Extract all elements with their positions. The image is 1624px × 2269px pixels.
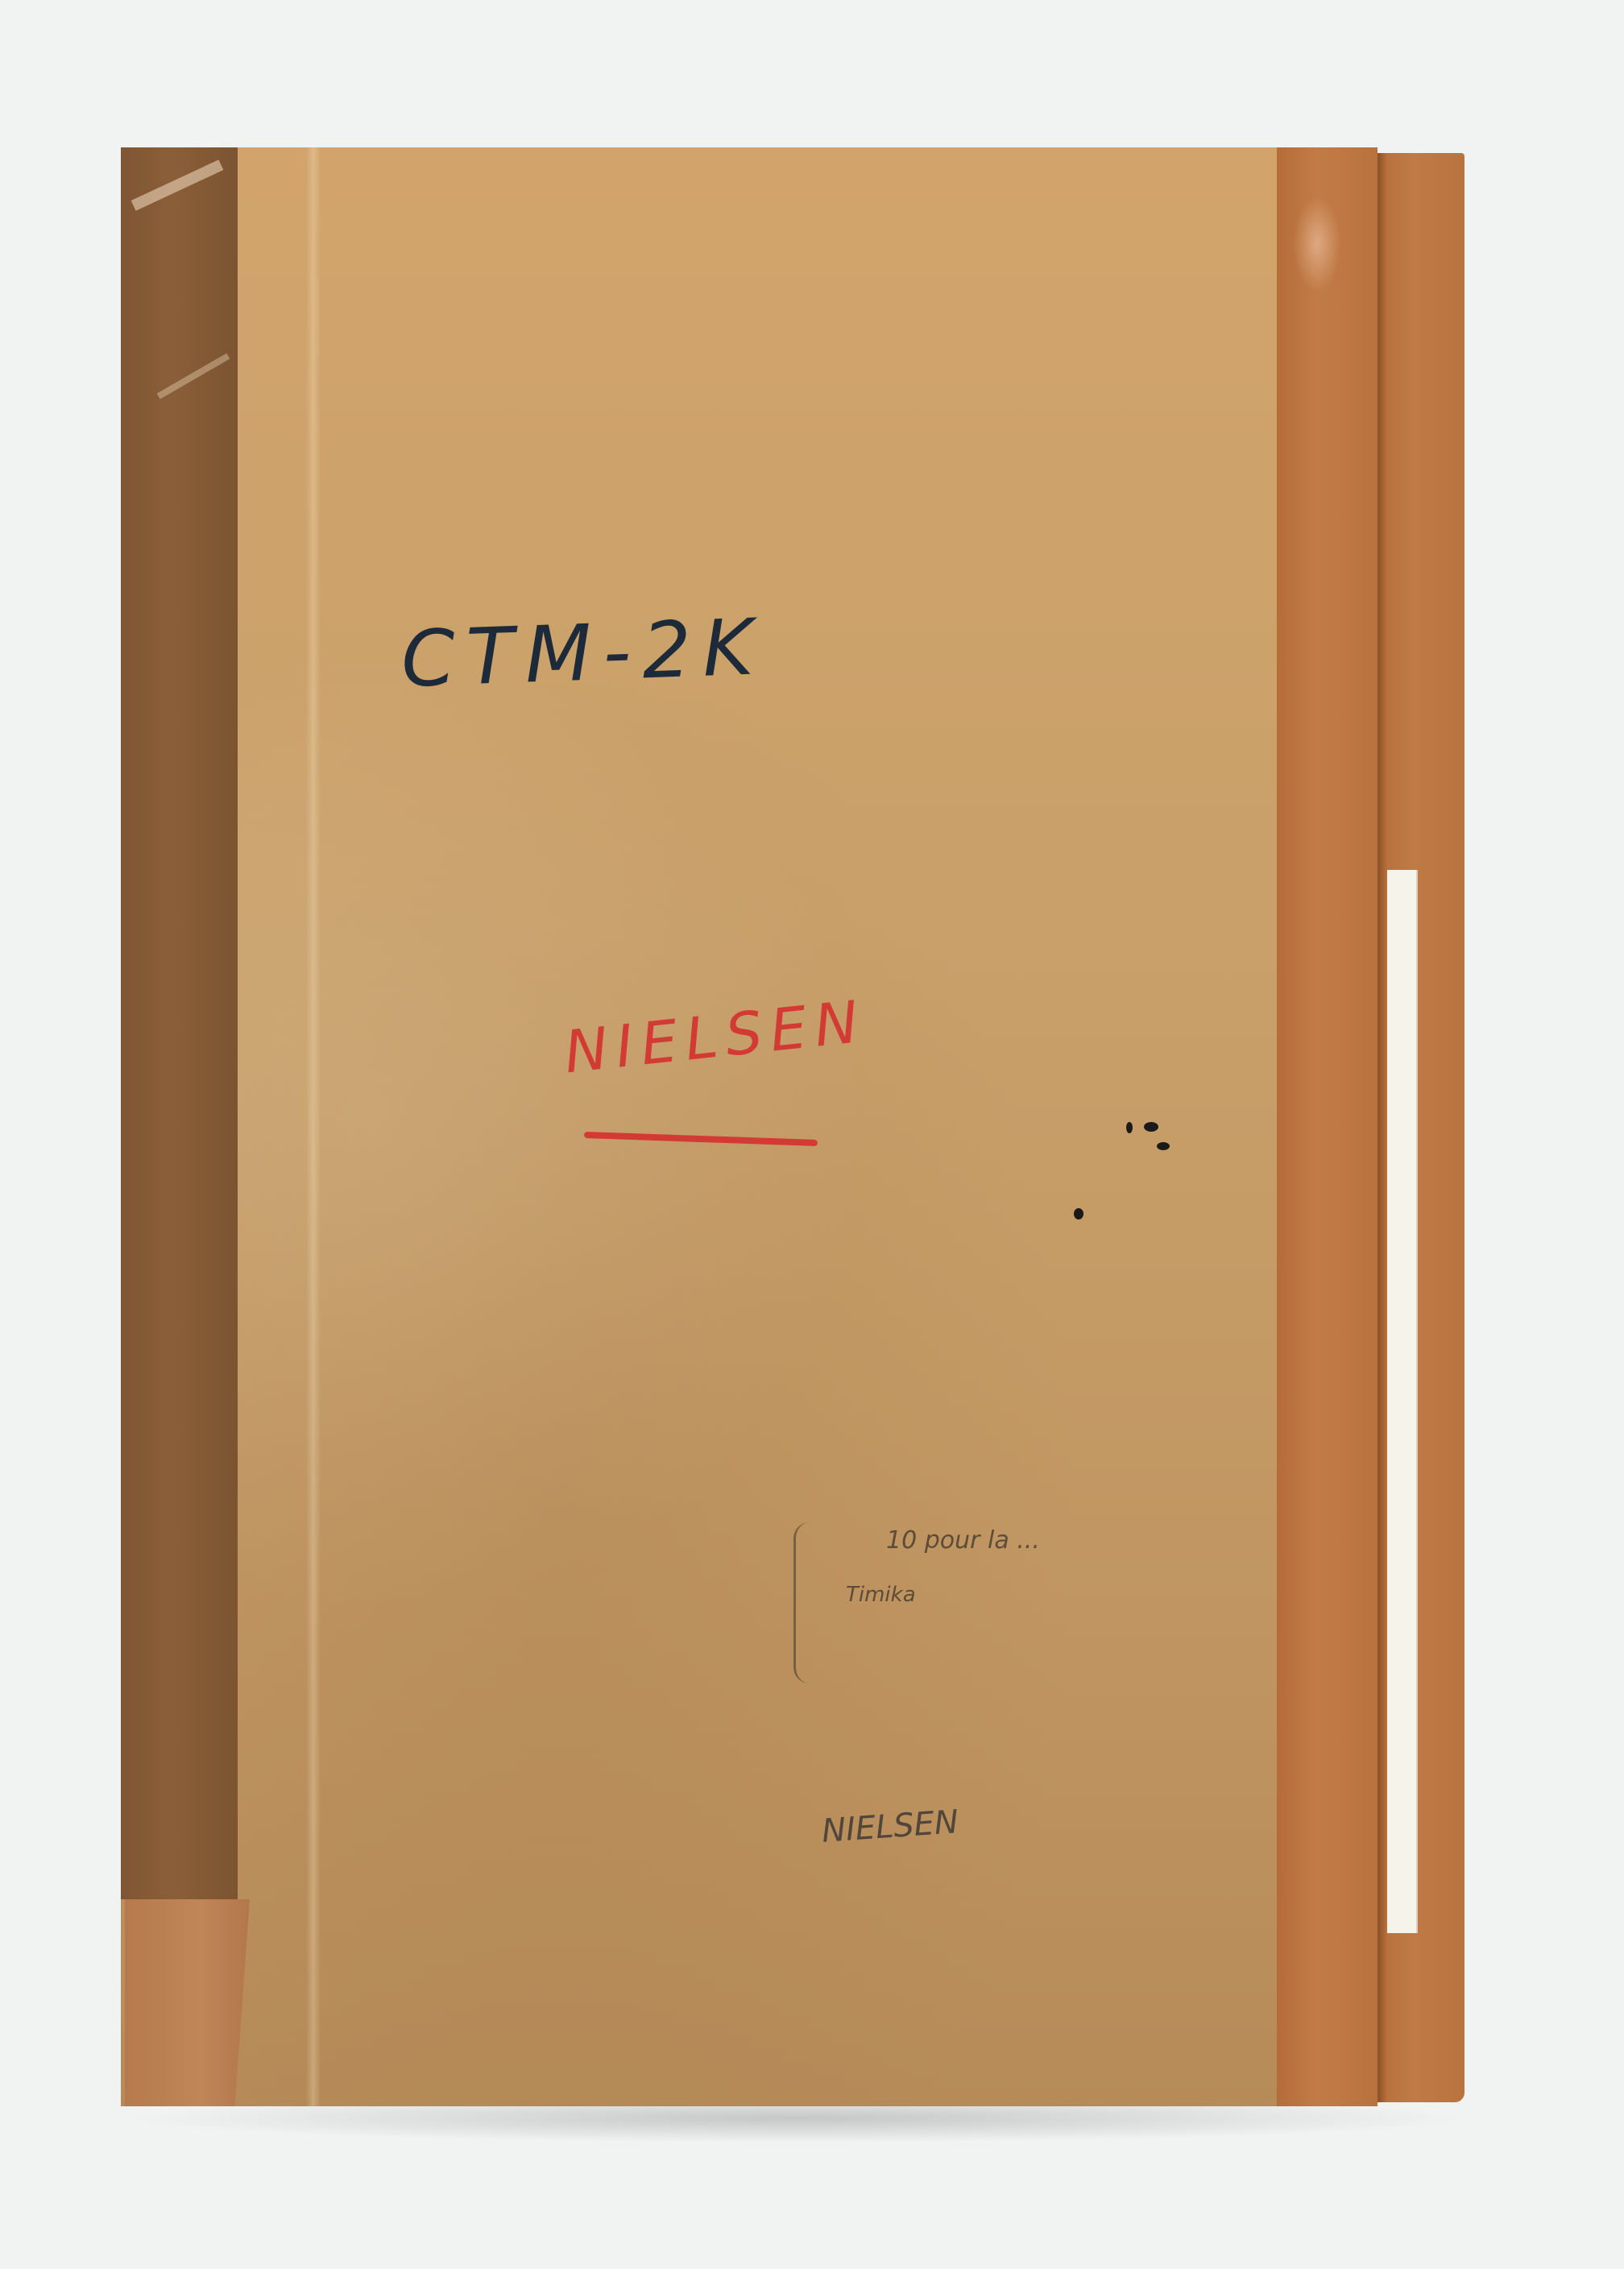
ink-mark: [1126, 1122, 1133, 1133]
left-spine-tape: [121, 147, 238, 1899]
folder-cover: [121, 147, 1377, 2106]
tape-glare: [131, 159, 224, 210]
pencil-brace: [793, 1522, 820, 1683]
ink-mark: [1074, 1208, 1083, 1219]
tape-glare: [1293, 196, 1341, 292]
cover-crease: [306, 147, 321, 2106]
pencil-note-line2: Timika: [846, 1583, 916, 1607]
ink-mark: [1157, 1142, 1170, 1150]
handwritten-title-code: CTM-2K: [400, 602, 766, 705]
right-edge-tape: [1277, 147, 1377, 2106]
folder-gap: [1376, 153, 1387, 2102]
pencil-note-line1: 10 pour la ...: [886, 1526, 1040, 1555]
ink-mark: [1144, 1122, 1158, 1132]
bottom-left-tape-patch: [125, 1899, 250, 2106]
inner-paper-edge: [1387, 870, 1418, 1933]
tape-glare: [157, 354, 230, 400]
